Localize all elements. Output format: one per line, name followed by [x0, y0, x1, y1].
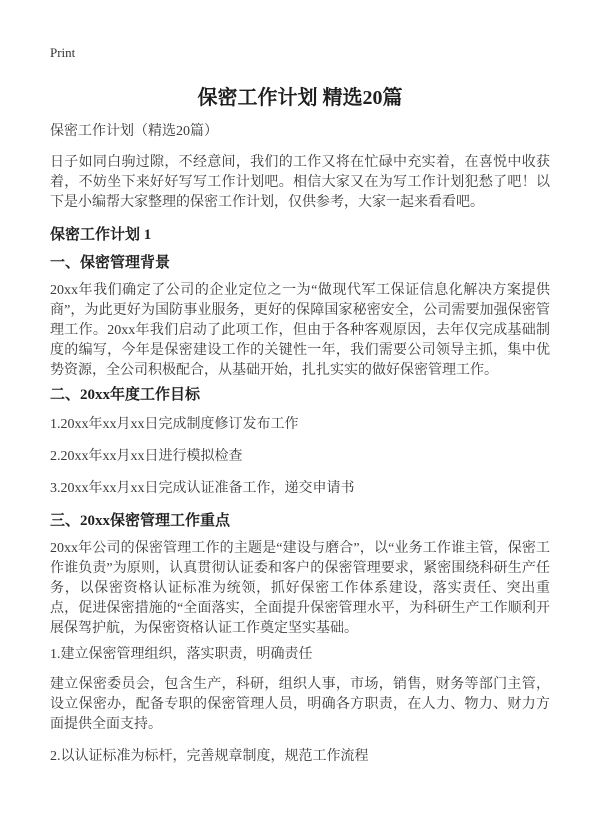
goal-item: 2.20xx年xx月xx日进行模拟检查	[50, 447, 550, 467]
section-1-body: 20xx年我们确定了公司的企业定位之一为“做现代军工保证信息化解决方案提供商”，…	[50, 281, 550, 381]
point-1-body: 建立保密委员会，包含生产，科研，组织人事，市场，销售，财务等部门主管，设立保密办…	[50, 675, 550, 735]
print-link[interactable]: Print	[50, 45, 75, 61]
intro-paragraph: 日子如同白驹过隙，不经意间，我们的工作又将在忙碌中充实着，在喜悦中收获着，不妨坐…	[50, 153, 550, 213]
point-2-heading: 2.以认证标准为标杆，完善规章制度，规范工作流程	[50, 747, 550, 767]
section-1-heading: 一、保密管理背景	[50, 253, 550, 273]
goal-item: 3.20xx年xx月xx日完成认证准备工作，递交申请书	[50, 479, 550, 499]
goal-item: 1.20xx年xx月xx日完成制度修订发布工作	[50, 415, 550, 435]
page-title: 保密工作计划 精选20篇	[50, 85, 550, 111]
plan-1-heading: 保密工作计划 1	[50, 225, 550, 245]
document-page: Print 保密工作计划 精选20篇 保密工作计划（精选20篇） 日子如同白驹过…	[0, 0, 600, 828]
document-subtitle: 保密工作计划（精选20篇）	[50, 123, 550, 141]
section-2-heading: 二、20xx年度工作目标	[50, 385, 550, 405]
point-1-heading: 1.建立保密管理组织，落实职责，明确责任	[50, 645, 550, 665]
section-3-heading: 三、20xx保密管理工作重点	[50, 511, 550, 531]
section-3-body: 20xx年公司的保密管理工作的主题是“建设与磨合”，以“业务工作谁主管，保密工作…	[50, 539, 550, 639]
